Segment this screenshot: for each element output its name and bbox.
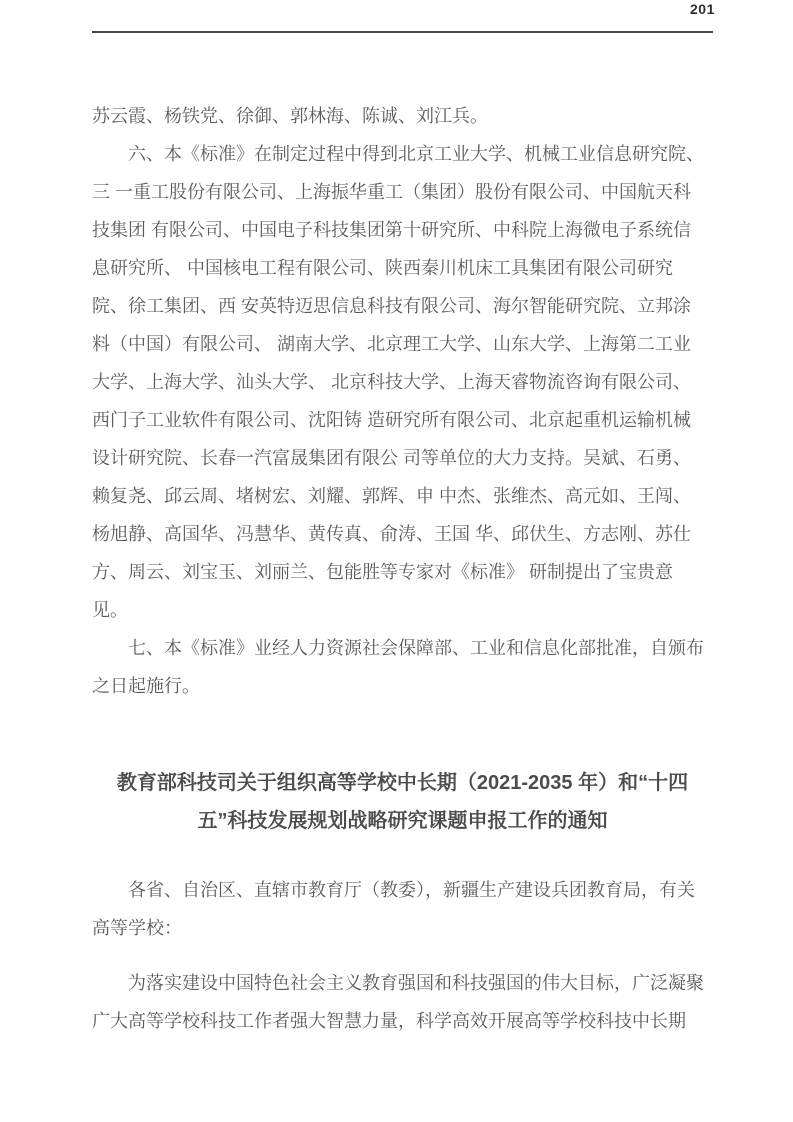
- text-line: 各省、自治区、直辖市教育厅（教委），新疆生产建设兵团教育局，有关: [92, 871, 713, 909]
- text-line: 五”科技发展规划战略研究课题申报工作的通知: [92, 802, 713, 840]
- text-line: 杨旭静、高国华、冯慧华、黄传真、俞涛、王国 华、邱伏生、方志刚、苏仕: [92, 515, 713, 553]
- page-number: 201: [690, 1, 715, 17]
- document-body: 苏云霞、杨铁党、徐御、郭林海、陈诚、刘江兵。 六、本《标准》在制定过程中得到北京…: [92, 97, 713, 1040]
- text-line: 七、本《标准》业经人力资源社会保障部、工业和信息化部批准，自颁布: [92, 629, 713, 667]
- text-line: 料（中国）有限公司、 湖南大学、北京理工大学、山东大学、上海第二工业: [92, 325, 713, 363]
- text-line: 苏云霞、杨铁党、徐御、郭林海、陈诚、刘江兵。: [92, 97, 713, 135]
- text-line: 技集团 有限公司、中国电子科技集团第十研究所、中科院上海微电子系统信: [92, 211, 713, 249]
- paragraph-intro: 为落实建设中国特色社会主义教育强国和科技强国的伟大目标，广泛凝聚广大高等学校科技…: [92, 964, 713, 1040]
- paragraph-addressees: 各省、自治区、直辖市教育厅（教委），新疆生产建设兵团教育局，有关高等学校：: [92, 871, 713, 947]
- text-line: 设计研究院、长春一汽富晟集团有限公 司等单位的大力支持。吴斌、石勇、: [92, 439, 713, 477]
- text-line: 息研究所、 中国核电工程有限公司、陕西秦川机床工具集团有限公司研究: [92, 249, 713, 287]
- notice-title: 教育部科技司关于组织高等学校中长期（2021-2035 年）和“十四五”科技发展…: [92, 764, 713, 840]
- text-line: 为落实建设中国特色社会主义教育强国和科技强国的伟大目标，广泛凝聚: [92, 964, 713, 1002]
- paragraph-clause-six: 六、本《标准》在制定过程中得到北京工业大学、机械工业信息研究院、三 一重工股份有…: [92, 135, 713, 629]
- text-line: 之日起施行。: [92, 667, 713, 705]
- text-line: 赖复尧、邱云周、堵树宏、刘耀、郭辉、申 中杰、张维杰、高元如、王闯、: [92, 477, 713, 515]
- header-rule: [92, 31, 713, 33]
- text-line: 方、周云、刘宝玉、刘丽兰、包能胜等专家对《标准》 研制提出了宝贵意: [92, 553, 713, 591]
- document-page: 201 苏云霞、杨铁党、徐御、郭林海、陈诚、刘江兵。 六、本《标准》在制定过程中…: [0, 0, 793, 1122]
- text-line: 西门子工业软件有限公司、沈阳铸 造研究所有限公司、北京起重机运输机械: [92, 401, 713, 439]
- text-line: 高等学校：: [92, 909, 713, 947]
- paragraph-continuation: 苏云霞、杨铁党、徐御、郭林海、陈诚、刘江兵。: [92, 97, 713, 135]
- paragraph-clause-seven: 七、本《标准》业经人力资源社会保障部、工业和信息化部批准，自颁布之日起施行。: [92, 629, 713, 705]
- text-line: 院、徐工集团、西 安英特迈思信息科技有限公司、海尔智能研究院、立邦涂: [92, 287, 713, 325]
- text-line: 六、本《标准》在制定过程中得到北京工业大学、机械工业信息研究院、: [92, 135, 713, 173]
- text-line: 见。: [92, 591, 713, 629]
- text-line: 大学、上海大学、汕头大学、 北京科技大学、上海天睿物流咨询有限公司、: [92, 363, 713, 401]
- text-line: 广大高等学校科技工作者强大智慧力量，科学高效开展高等学校科技中长期: [92, 1002, 713, 1040]
- text-line: 三 一重工股份有限公司、上海振华重工（集团）股份有限公司、中国航天科: [92, 173, 713, 211]
- text-line: 教育部科技司关于组织高等学校中长期（2021-2035 年）和“十四: [92, 764, 713, 802]
